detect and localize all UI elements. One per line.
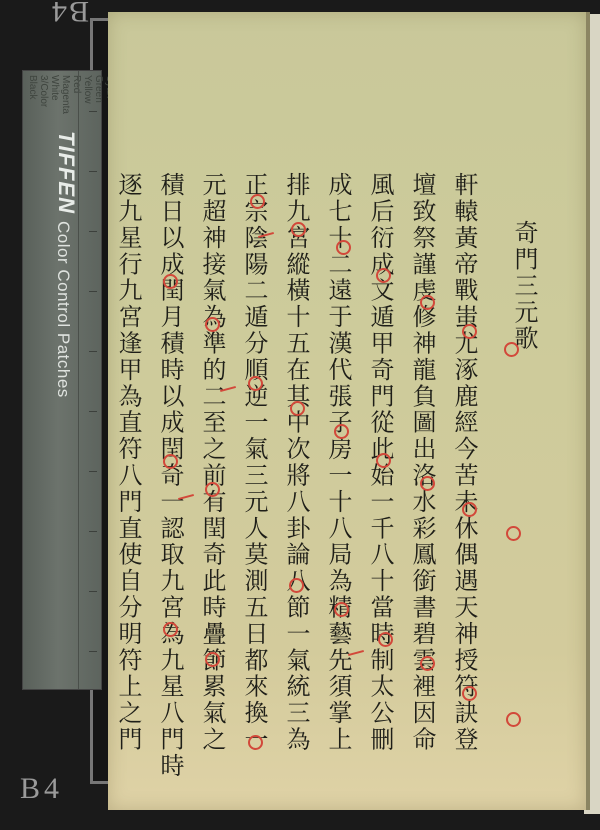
- punctuation-circle-mark: [205, 482, 220, 497]
- punctuation-circle-mark: [420, 295, 435, 310]
- ruler-tick: [89, 351, 97, 352]
- manuscript-page: 奇門三元歌 軒轅黃帝戰蚩尤涿鹿經今苦未休偶遇天神授符訣登 壇致祭謹虔修神龍負圖出…: [108, 12, 590, 810]
- color-control-strip: Blue Cyan Green Yellow Red Magenta White…: [22, 70, 102, 690]
- ruler-tick: [89, 471, 97, 472]
- punctuation-circle-mark: [291, 222, 306, 237]
- patch-label: White: [49, 75, 60, 114]
- punctuation-circle-mark: [248, 735, 263, 750]
- strip-brand: TIFFEN: [53, 131, 79, 214]
- strip-title: Color Control Patches: [53, 221, 73, 398]
- text-column: 成七十二遠于漢代張子房一十八局為精藝先須掌上: [324, 172, 352, 779]
- ruler-tick: [89, 591, 97, 592]
- punctuation-circle-mark: [336, 240, 351, 255]
- ruler-tick: [89, 111, 97, 112]
- punctuation-circle-mark: [205, 652, 220, 667]
- text-column: 排九宮縱橫十五在其中次將八卦論八節一氣統三為: [282, 172, 310, 779]
- punctuation-circle-mark: [376, 453, 391, 468]
- background-label-top: B4: [50, 0, 89, 28]
- punctuation-circle-mark: [420, 656, 435, 671]
- patch-label: Black: [27, 75, 38, 114]
- text-column: 逐九星行九宮逢甲為直符八門直使自分明符上之門: [114, 172, 142, 779]
- punctuation-circle-mark: [163, 274, 178, 289]
- punctuation-circle-mark: [462, 502, 477, 517]
- punctuation-circle-mark: [250, 194, 265, 209]
- punctuation-circle-mark: [334, 602, 349, 617]
- punctuation-circle-mark: [506, 526, 521, 541]
- ruler-tick: [89, 291, 97, 292]
- patch-label: 3/Color: [38, 75, 49, 114]
- ruler-tick: [89, 231, 97, 232]
- text-column: 壇致祭謹虔修神龍負圖出洛水彩鳳銜書碧雲裡因命: [408, 172, 436, 779]
- punctuation-circle-mark: [376, 268, 391, 283]
- manuscript-title: 奇門三元歌: [510, 220, 538, 779]
- ruler-tick: [89, 531, 97, 532]
- background-label-bottom: B4: [20, 772, 63, 806]
- text-column: 正宗陰陽二遁分順逆一氣三元人莫測五日都來換一: [240, 172, 268, 779]
- punctuation-circle-mark: [163, 454, 178, 469]
- punctuation-circle-mark: [334, 424, 349, 439]
- ruler-tick: [89, 171, 97, 172]
- punctuation-circle-mark: [248, 376, 263, 391]
- text-column: 積日以成閏月積時以成閏奇一認取九宮為九星八門時: [156, 172, 184, 779]
- punctuation-circle-mark: [420, 476, 435, 491]
- punctuation-circle-mark: [290, 401, 305, 416]
- punctuation-circle-mark: [289, 578, 304, 593]
- punctuation-circle-mark: [462, 324, 477, 339]
- punctuation-circle-mark: [205, 317, 220, 332]
- punctuation-circle-mark: [163, 622, 178, 637]
- strip-ruler: [78, 71, 97, 689]
- punctuation-circle-mark: [506, 712, 521, 727]
- ruler-tick: [89, 411, 97, 412]
- text-column: 元超神接氣為準的二至之前有閏奇此時疊節累氣之: [198, 172, 226, 779]
- text-column: 風后衍成文遁甲奇門從此始一千八十當時制太公刪: [366, 172, 394, 779]
- patch-label: Magenta: [60, 75, 71, 114]
- punctuation-circle-mark: [462, 686, 477, 701]
- punctuation-circle-mark: [378, 632, 393, 647]
- ruler-tick: [89, 651, 97, 652]
- punctuation-circle-mark: [504, 342, 519, 357]
